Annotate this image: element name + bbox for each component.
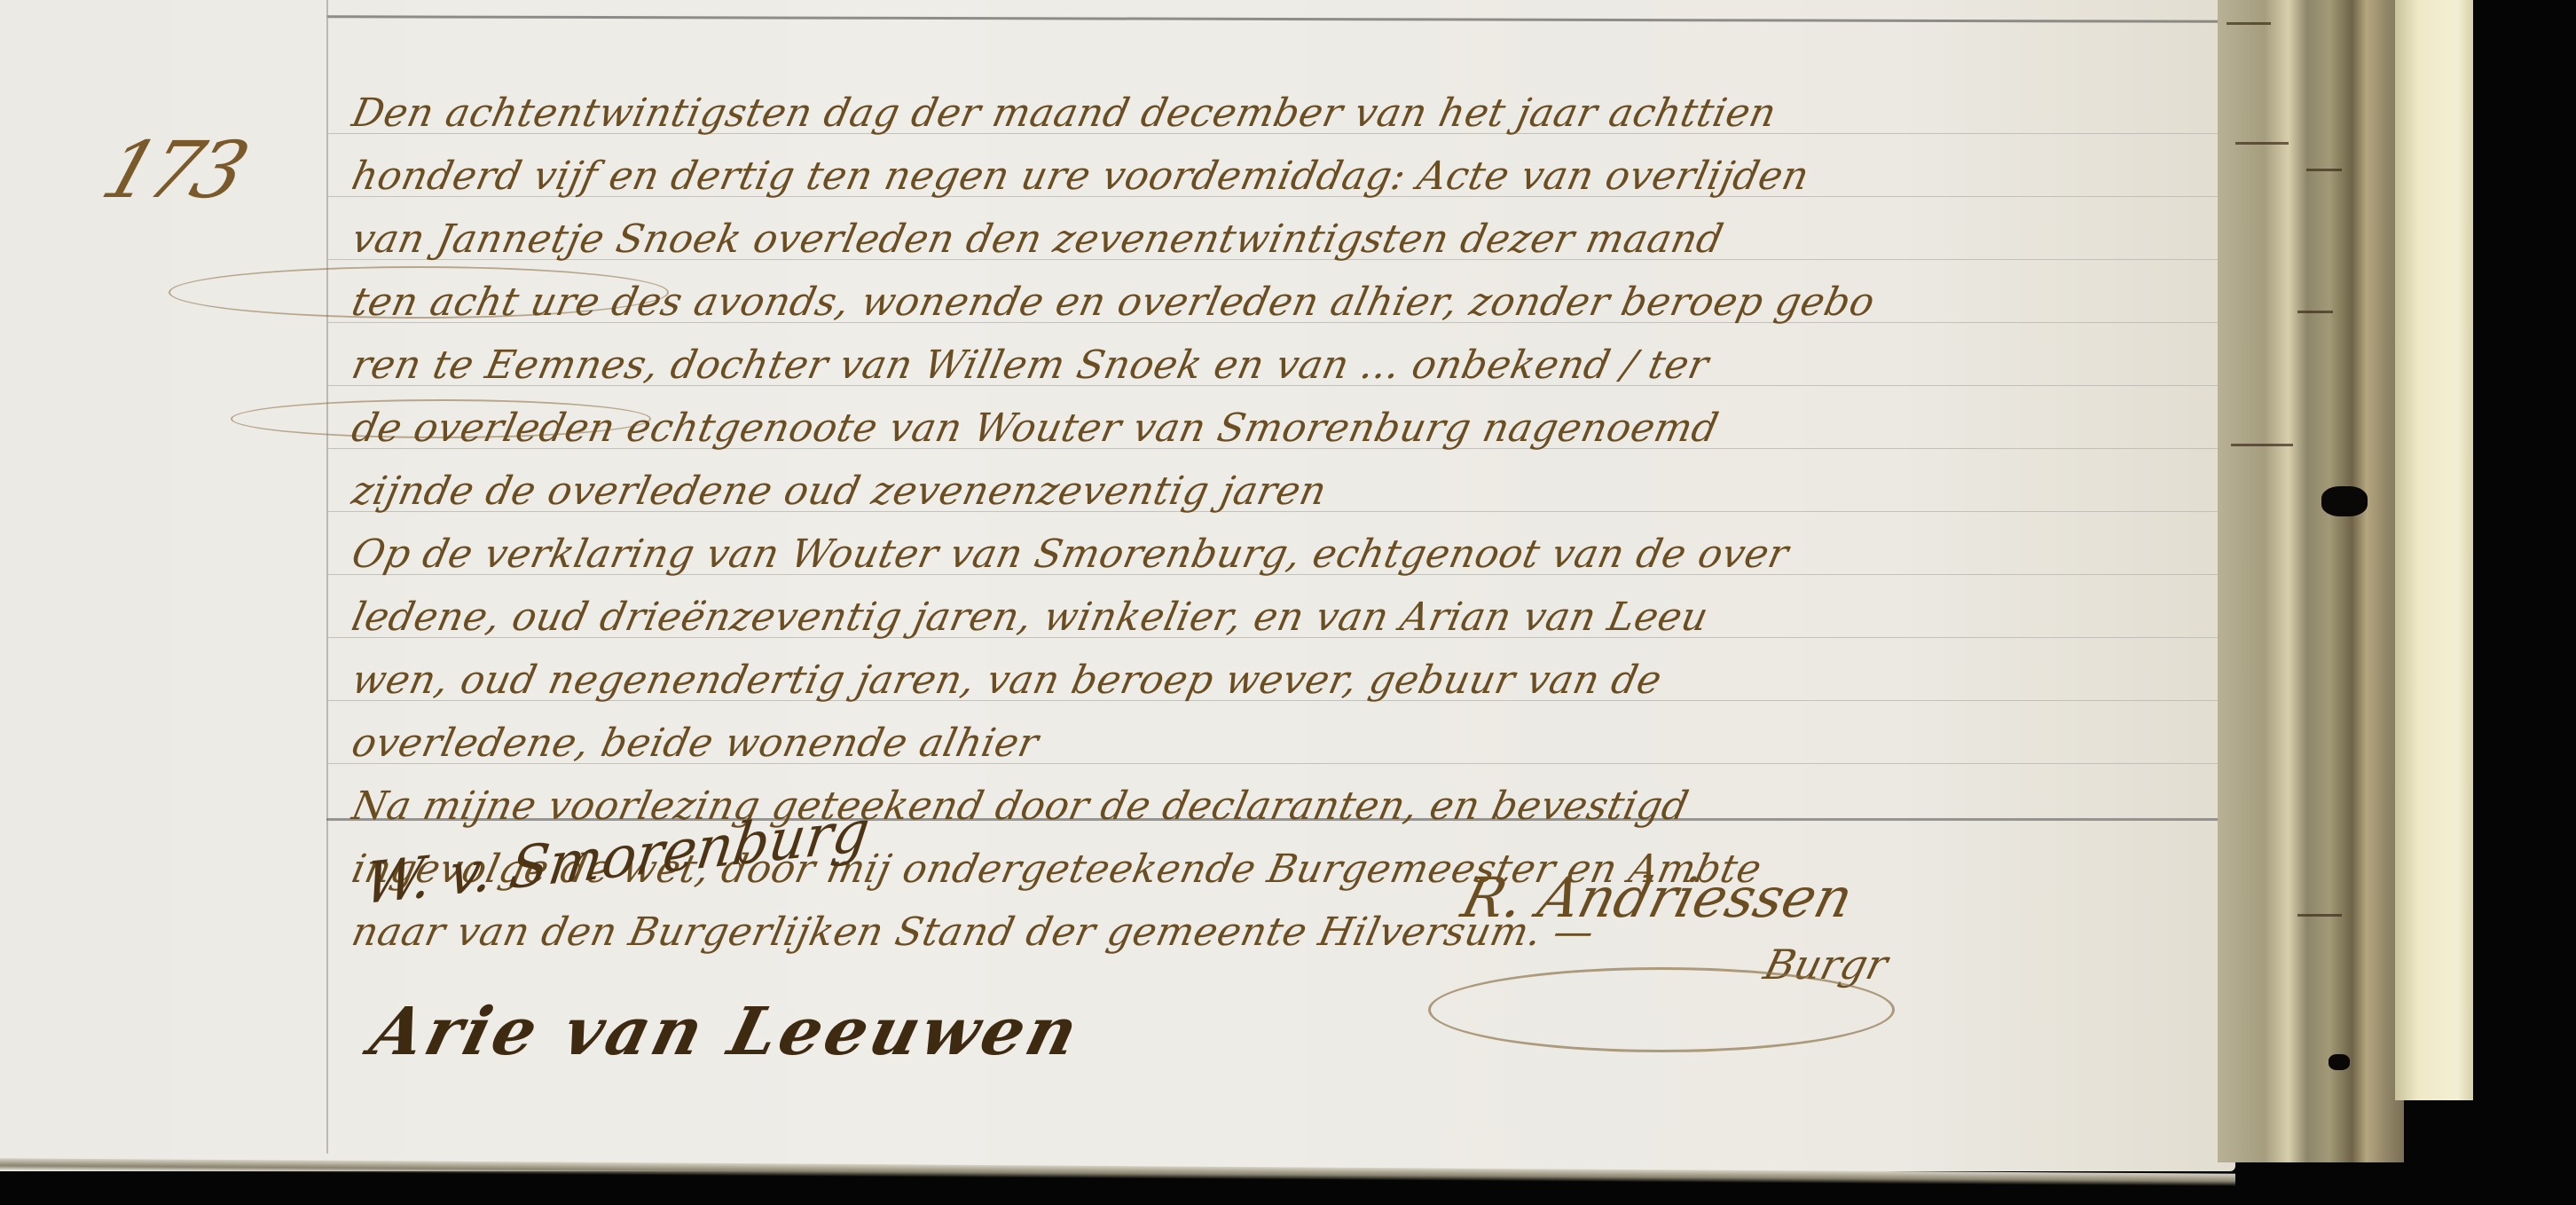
binding-hole bbox=[2329, 1054, 2350, 1070]
bleed-through-ink bbox=[2231, 444, 2293, 446]
book-binding-edge bbox=[2218, 0, 2404, 1162]
top-rule bbox=[326, 15, 2225, 23]
bleed-through-ink bbox=[2227, 22, 2271, 25]
register-page: 173 Den achtentwintigsten dag der maand … bbox=[0, 0, 2235, 1171]
record-line-6: de overleden echtgenoote van Wouter van … bbox=[346, 397, 2231, 460]
record-line-8: Op de verklaring van Wouter van Smorenbu… bbox=[346, 523, 2231, 586]
official-signature: R. Andriessen bbox=[1456, 865, 1859, 930]
bleed-through-ink bbox=[2297, 914, 2342, 917]
record-line-10: wen, oud negenendertig jaren, van beroep… bbox=[346, 649, 2231, 712]
record-line-1: Den achtentwintigsten dag der maand dece… bbox=[346, 82, 2231, 145]
record-line-2: honderd vijf en dertig ten negen ure voo… bbox=[346, 145, 2231, 208]
margin-rule bbox=[326, 0, 328, 1154]
record-line-4: ten acht ure des avonds, wonende en over… bbox=[346, 271, 2231, 334]
record-line-7: zijnde de overledene oud zevenenzeventig… bbox=[346, 460, 2231, 523]
signature-flourish bbox=[1428, 967, 1895, 1052]
record-line-5: ren te Eemnes, dochter van Willem Snoek … bbox=[346, 334, 2231, 397]
bleed-through-ink bbox=[2297, 311, 2333, 313]
record-line-3: van Jannetje Snoek overleden den zevenen… bbox=[346, 208, 2231, 271]
record-line-11: overledene, beide wonende alhier bbox=[346, 712, 2231, 775]
record-line-9: ledene, oud drieënzeventig jaren, winkel… bbox=[346, 586, 2231, 649]
record-line-14: naar van den Burgerlijken Stand der geme… bbox=[346, 901, 2231, 964]
binding-hole bbox=[2321, 486, 2368, 516]
bleed-through-ink bbox=[2235, 142, 2289, 145]
declarant-signature-van-leeuwen: Arie van Leeuwen bbox=[363, 994, 1088, 1070]
endpaper-edge bbox=[2395, 0, 2473, 1100]
bleed-through-ink bbox=[2306, 169, 2342, 171]
entry-number: 173 bbox=[91, 124, 254, 216]
